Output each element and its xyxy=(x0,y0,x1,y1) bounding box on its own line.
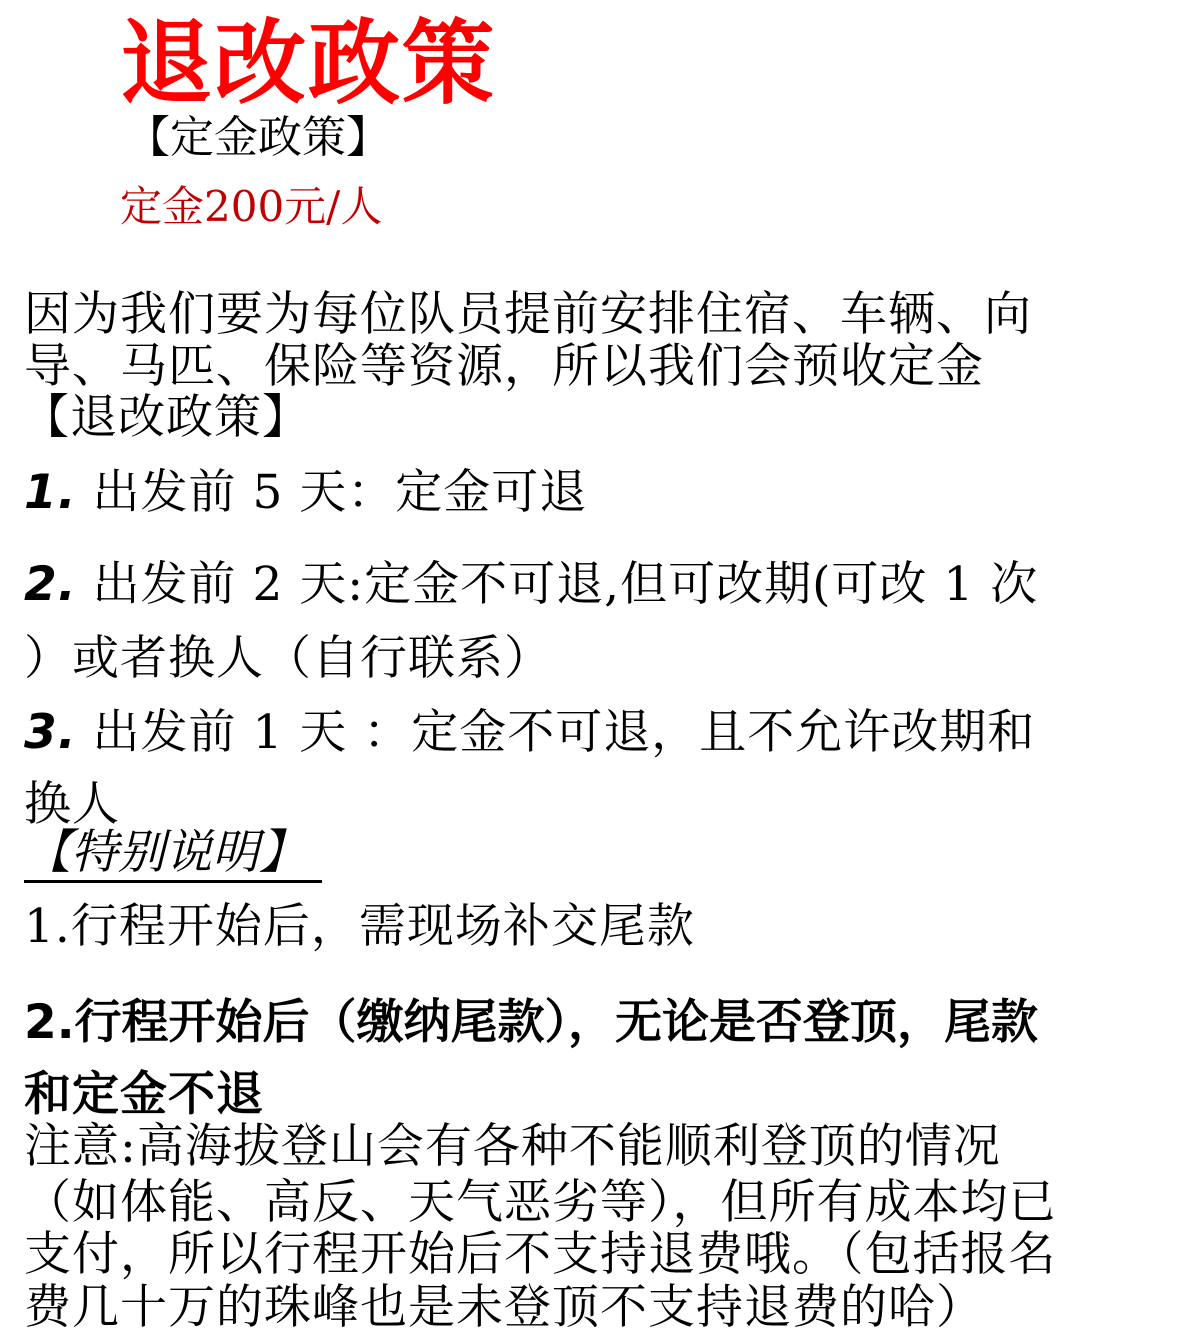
page-title: 退改政策 xyxy=(120,8,496,118)
intro-line-1: 因为我们要为每位队员提前安排住宿、车辆、向 xyxy=(24,288,1032,342)
notice-line-4: 费几十万的珠峰也是未登顶不支持退费的哈） xyxy=(24,1281,984,1335)
refund-item-number: 1. xyxy=(24,465,77,520)
refund-item-number: 3. xyxy=(24,705,77,760)
special-note-1: 1.行程开始后，需现场补交尾款 xyxy=(24,900,695,954)
refund-item-3: 3. 出发前 1 天 ：定金不可退，且不允许改期和 xyxy=(24,706,1035,760)
special-note-2: 2.行程开始后（缴纳尾款），无论是否登顶，尾款 xyxy=(24,996,1038,1050)
intro-line-2: 导、马匹、保险等资源，所以我们会预收定金 xyxy=(24,340,984,394)
deposit-amount: 定金200元/人 xyxy=(120,182,382,232)
refund-item-3-cont: 换人 xyxy=(24,778,120,832)
refund-item-text: 出发前 2 天:定金不可退,但可改期(可改 1 次 xyxy=(93,557,1039,612)
special-notes-heading: 【特别说明】 xyxy=(24,826,322,883)
refund-item-text: 出发前 5 天：定金可退 xyxy=(93,465,588,520)
refund-item-2: 2. 出发前 2 天:定金不可退,但可改期(可改 1 次 xyxy=(24,558,1038,612)
special-note-2-cont: 和定金不退 xyxy=(24,1068,264,1122)
notice-line-1: 注意:高海拔登山会有各种不能顺利登顶的情况 xyxy=(24,1120,1001,1174)
refund-item-2-cont: ）或者换人（自行联系） xyxy=(24,632,552,686)
refund-item-text: 出发前 1 天 ：定金不可退，且不允许改期和 xyxy=(93,705,1036,760)
deposit-policy-heading: 【定金政策】 xyxy=(126,113,390,163)
refund-item-1: 1. 出发前 5 天：定金可退 xyxy=(24,466,587,520)
notice-line-2: （如体能、高反、天气恶劣等），但所有成本均已 xyxy=(24,1176,1057,1230)
refund-policy-heading: 【退改政策】 xyxy=(22,391,310,445)
refund-item-number: 2. xyxy=(24,557,77,612)
notice-line-3: 支付，所以行程开始后不支持退费哦。（包括报名 xyxy=(24,1228,1057,1282)
